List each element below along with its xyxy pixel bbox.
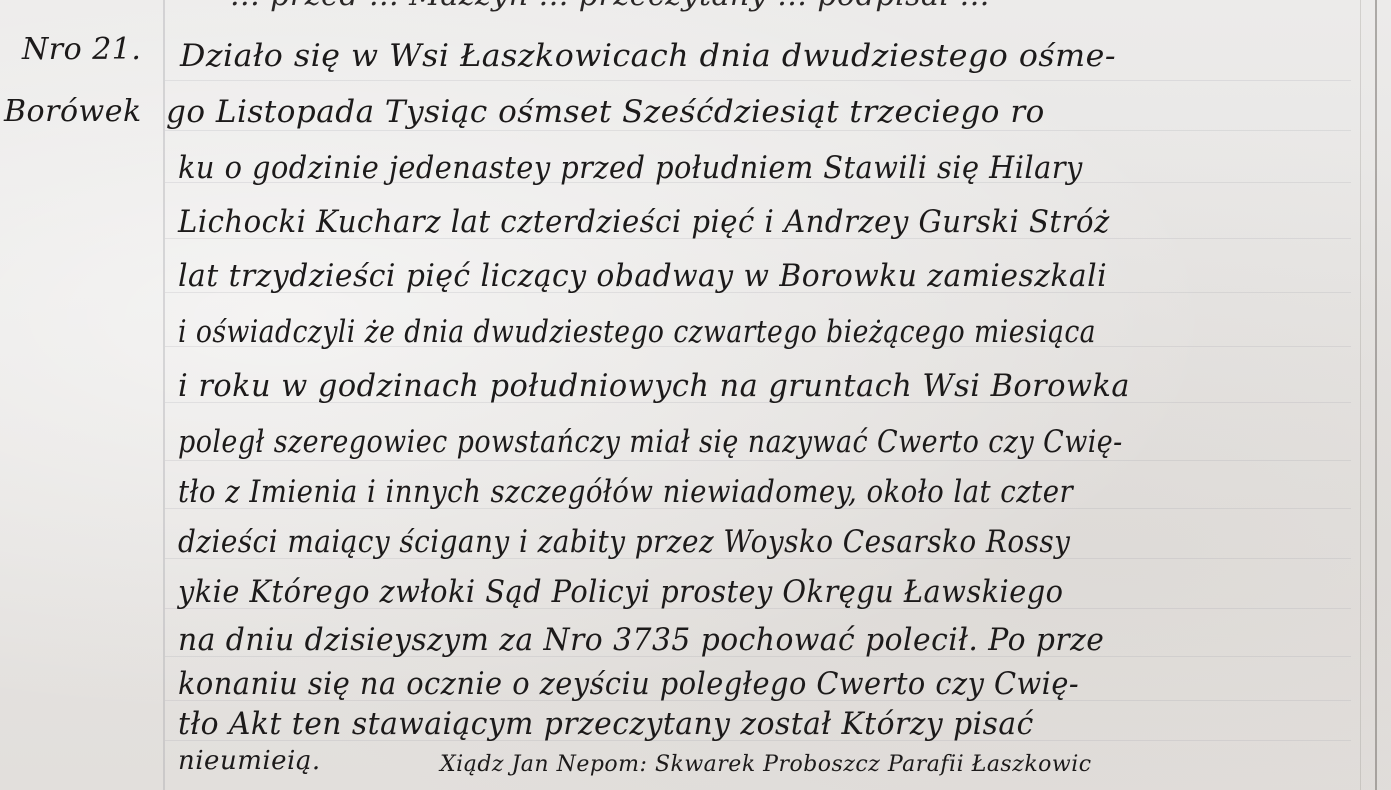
text-line-6: i oświadczyli że dnia dwudziestego czwar… bbox=[178, 314, 1096, 350]
ruled-line bbox=[165, 130, 1351, 131]
text-line-9: tło z Imienia i innych szczegółów niewia… bbox=[178, 474, 1073, 510]
text-line-3: ku o godzinie jedenastey przed południem… bbox=[178, 150, 1083, 186]
text-line-13: konaniu się na ocznie o zeyściu poległeg… bbox=[178, 666, 1079, 702]
entry-number: Nro 21. bbox=[22, 32, 141, 67]
text-line-4: Lichocki Kucharz lat czterdzieści pięć i… bbox=[178, 204, 1110, 240]
ruled-line bbox=[165, 460, 1351, 461]
margin-rule bbox=[163, 0, 165, 790]
text-line-14: tło Akt ten stawaiącym przeczytany zosta… bbox=[178, 706, 1034, 742]
text-line-2: go Listopada Tysiąc ośmset Sześćdziesiąt… bbox=[166, 94, 1045, 130]
text-line-1: Działo się w Wsi Łaszkowicach dnia dwudz… bbox=[180, 38, 1116, 74]
ruled-line bbox=[165, 80, 1351, 81]
text-line-5: lat trzydzieści pięć liczący obadway w B… bbox=[178, 258, 1107, 294]
text-line-11: ykie Którego zwłoki Sąd Policyi prostey … bbox=[178, 574, 1064, 610]
text-line-10: dzieści maiący ścigany i zabity przez Wo… bbox=[178, 524, 1070, 560]
margin-place-name: Borówek bbox=[4, 94, 142, 129]
text-line-8: poległ szeregowiec powstańczy miał się n… bbox=[178, 424, 1123, 460]
text-line-7: i roku w godzinach południowych na grunt… bbox=[178, 368, 1130, 404]
priest-signature: Xiądz Jan Nepom: Skwarek Proboszcz Paraf… bbox=[440, 752, 1092, 777]
scanned-document-page: ... przed ... Mażzyn ... przeczytany ...… bbox=[0, 0, 1391, 790]
page-edge-line bbox=[1360, 0, 1361, 790]
cut-off-previous-line: ... przed ... Mażzyn ... przeczytany ...… bbox=[230, 0, 990, 13]
page-edge bbox=[1375, 0, 1377, 790]
text-line-15: nieumieią. bbox=[178, 746, 321, 776]
text-line-12: na dniu dzisieyszym za Nro 3735 pochować… bbox=[178, 622, 1104, 658]
